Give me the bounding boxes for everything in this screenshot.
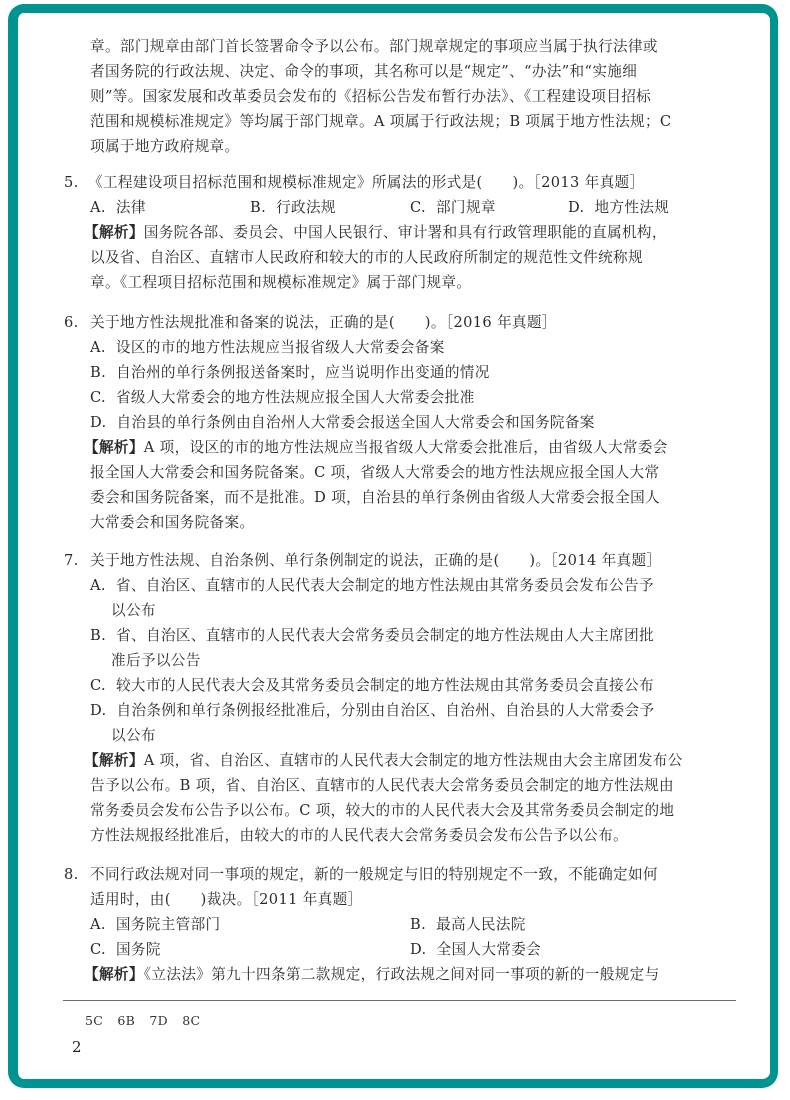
option-text: 省级人大常委会的地方性法规应报全国人大常委会批准 bbox=[116, 389, 475, 406]
answer-key: 5C 6B 7D 8C bbox=[85, 1011, 200, 1031]
analysis-line: 报全国人大常委会和国务院备案。C 项，省级人大常委会的地方性法规应报全国人大常 bbox=[90, 460, 659, 485]
option-label: D. bbox=[568, 199, 585, 216]
analysis-line: 章。《工程项目招标范围和规模标准规定》属于部门规章。 bbox=[90, 270, 471, 295]
option-a: A. 设区的市的地方性法规应当报省级人大常委会备案 bbox=[90, 335, 445, 360]
question-number: 5. bbox=[64, 170, 79, 195]
option-b: B. 省、自治区、直辖市的人民代表大会常务委员会制定的地方性法规由人大主席团批 bbox=[90, 623, 654, 648]
option-label: C. bbox=[410, 199, 426, 216]
analysis-line: 方性法规报经批准后，由较大的市的人民代表大会常务委员会发布公告予以公布。 bbox=[90, 823, 628, 848]
text-line: 者国务院的行政法规、决定、命令的事项，其名称可以是“规定”、“办法”和“实施细 bbox=[90, 59, 637, 84]
option-text: 地方性法规 bbox=[595, 199, 670, 216]
page-number: 2 bbox=[72, 1036, 82, 1058]
analysis-line: 大常委会和国务院备案。 bbox=[90, 510, 254, 535]
option-text: 法律 bbox=[116, 199, 146, 216]
option-label: D. bbox=[90, 702, 107, 719]
analysis-tag: 【解析】 bbox=[84, 439, 144, 456]
question-number: 8. bbox=[64, 862, 79, 887]
question-stem-continuation: 适用时，由( )裁决。［2011 年真题］ bbox=[90, 887, 362, 912]
option-label: C. bbox=[90, 389, 106, 406]
analysis-line: 【解析】《立法法》第九十四条第二款规定，行政法规之间对同一事项的新的一般规定与 bbox=[84, 962, 660, 987]
option-label: B. bbox=[90, 627, 106, 644]
analysis-tag: 【解析】 bbox=[84, 224, 144, 241]
option-text: 全国人大常委会 bbox=[437, 941, 542, 958]
analysis-line: 【解析】国务院各部、委员会、中国人民银行、审计署和具有行政管理职能的直属机构， bbox=[84, 220, 667, 245]
option-d: D. 全国人大常委会 bbox=[410, 937, 541, 962]
question-number: 6. bbox=[64, 310, 79, 335]
option-d: D. 自治条例和单行条例报经批准后，分别由自治区、自治州、自治县的人大常委会予 bbox=[90, 698, 655, 723]
option-text: 最高人民法院 bbox=[436, 916, 526, 933]
option-text: 自治条例和单行条例报经批准后，分别由自治区、自治州、自治县的人大常委会予 bbox=[117, 702, 655, 719]
option-a: A. 法律 bbox=[90, 195, 146, 220]
option-a: A. 省、自治区、直辖市的人民代表大会制定的地方性法规由其常务委员会发布公告予 bbox=[90, 573, 654, 598]
option-text: 省、自治区、直辖市的人民代表大会制定的地方性法规由其常务委员会发布公告予 bbox=[116, 577, 654, 594]
text-line: 章。部门规章由部门首长签署命令予以公布。部门规章规定的事项应当属于执行法律或 bbox=[90, 34, 658, 59]
option-a: A. 国务院主管部门 bbox=[90, 912, 220, 937]
analysis-line: 告予以公布。B 项，省、自治区、直辖市的人民代表大会常务委员会制定的地方性法规由 bbox=[90, 773, 674, 798]
text-line: 项属于地方政府规章。 bbox=[90, 134, 239, 159]
option-label: C. bbox=[90, 677, 106, 694]
option-c: C. 省级人大常委会的地方性法规应报全国人大常委会批准 bbox=[90, 385, 475, 410]
analysis-line: 常务委员会发布公告予以公布。C 项，较大的市的人民代表大会及其常务委员会制定的地 bbox=[90, 798, 674, 823]
option-text: 设区的市的地方性法规应当报省级人大常委会备案 bbox=[116, 339, 445, 356]
option-d-continuation: 以公布 bbox=[111, 723, 156, 748]
option-label: A. bbox=[90, 577, 106, 594]
text-line: 范围和规模标准规定》等均属于部门规章。A 项属于行政法规；B 项属于地方性法规；… bbox=[90, 109, 671, 134]
analysis-line: 【解析】A 项，省、自治区、直辖市的人民代表大会制定的地方性法规由大会主席团发布… bbox=[84, 748, 683, 773]
option-text: 行政法规 bbox=[276, 199, 336, 216]
option-d: D. 地方性法规 bbox=[568, 195, 669, 220]
option-label: A. bbox=[90, 916, 106, 933]
option-label: D. bbox=[90, 414, 107, 431]
option-text: 国务院 bbox=[116, 941, 161, 958]
option-text: 较大市的人民代表大会及其常务委员会制定的地方性法规由其常务委员会直接公布 bbox=[116, 677, 654, 694]
option-label: B. bbox=[410, 916, 426, 933]
question-stem: 关于地方性法规、自治条例、单行条例制定的说法，正确的是( )。［2014 年真题… bbox=[90, 548, 661, 573]
option-label: C. bbox=[90, 941, 106, 958]
option-c: C. 国务院 bbox=[90, 937, 161, 962]
option-label: A. bbox=[90, 199, 106, 216]
option-label: A. bbox=[90, 339, 106, 356]
option-label: B. bbox=[90, 364, 106, 381]
option-text: 省、自治区、直辖市的人民代表大会常务委员会制定的地方性法规由人大主席团批 bbox=[116, 627, 654, 644]
question-stem: 《工程建设项目招标范围和规模标准规定》所属法的形式是( )。［2013 年真题］ bbox=[88, 170, 644, 195]
analysis-line: 以及省、自治区、直辖市人民政府和较大的市的人民政府所制定的规范性文件统称规 bbox=[90, 245, 643, 270]
option-a-continuation: 以公布 bbox=[111, 598, 156, 623]
question-number: 7. bbox=[64, 548, 79, 573]
analysis-line: 【解析】A 项，设区的市的地方性法规应当报省级人大常委会批准后，由省级人大常委会 bbox=[84, 435, 668, 460]
text-line: 则”等。国家发展和改革委员会发布的《招标公告发布暂行办法》、《工程建设项目招标 bbox=[90, 84, 651, 109]
option-label: D. bbox=[410, 941, 427, 958]
option-b: B. 最高人民法院 bbox=[410, 912, 526, 937]
footnote-divider bbox=[63, 1000, 736, 1001]
option-b: B. 行政法规 bbox=[250, 195, 336, 220]
analysis-tag: 【解析】 bbox=[84, 966, 144, 983]
question-stem: 不同行政法规对同一事项的规定，新的一般规定与旧的特别规定不一致，不能确定如何 bbox=[90, 862, 658, 887]
option-text: 国务院主管部门 bbox=[116, 916, 221, 933]
option-c: C. 较大市的人民代表大会及其常务委员会制定的地方性法规由其常务委员会直接公布 bbox=[90, 673, 654, 698]
option-c: C. 部门规章 bbox=[410, 195, 496, 220]
option-b-continuation: 准后予以公告 bbox=[111, 648, 201, 673]
question-stem: 关于地方性法规批准和备案的说法，正确的是( )。［2016 年真题］ bbox=[90, 310, 557, 335]
option-text: 自治州的单行条例报送备案时，应当说明作出变通的情况 bbox=[116, 364, 490, 381]
option-text: 自治县的单行条例由自治州人大常委会报送全国人大常委会和国务院备案 bbox=[117, 414, 595, 431]
analysis-tag: 【解析】 bbox=[84, 752, 144, 769]
option-label: B. bbox=[250, 199, 266, 216]
option-text: 部门规章 bbox=[436, 199, 496, 216]
analysis-line: 委会和国务院备案，而不是批准。D 项，自治县的单行条例由省级人大常委会报全国人 bbox=[90, 485, 660, 510]
option-b: B. 自治州的单行条例报送备案时，应当说明作出变通的情况 bbox=[90, 360, 490, 385]
option-d: D. 自治县的单行条例由自治州人大常委会报送全国人大常委会和国务院备案 bbox=[90, 410, 595, 435]
